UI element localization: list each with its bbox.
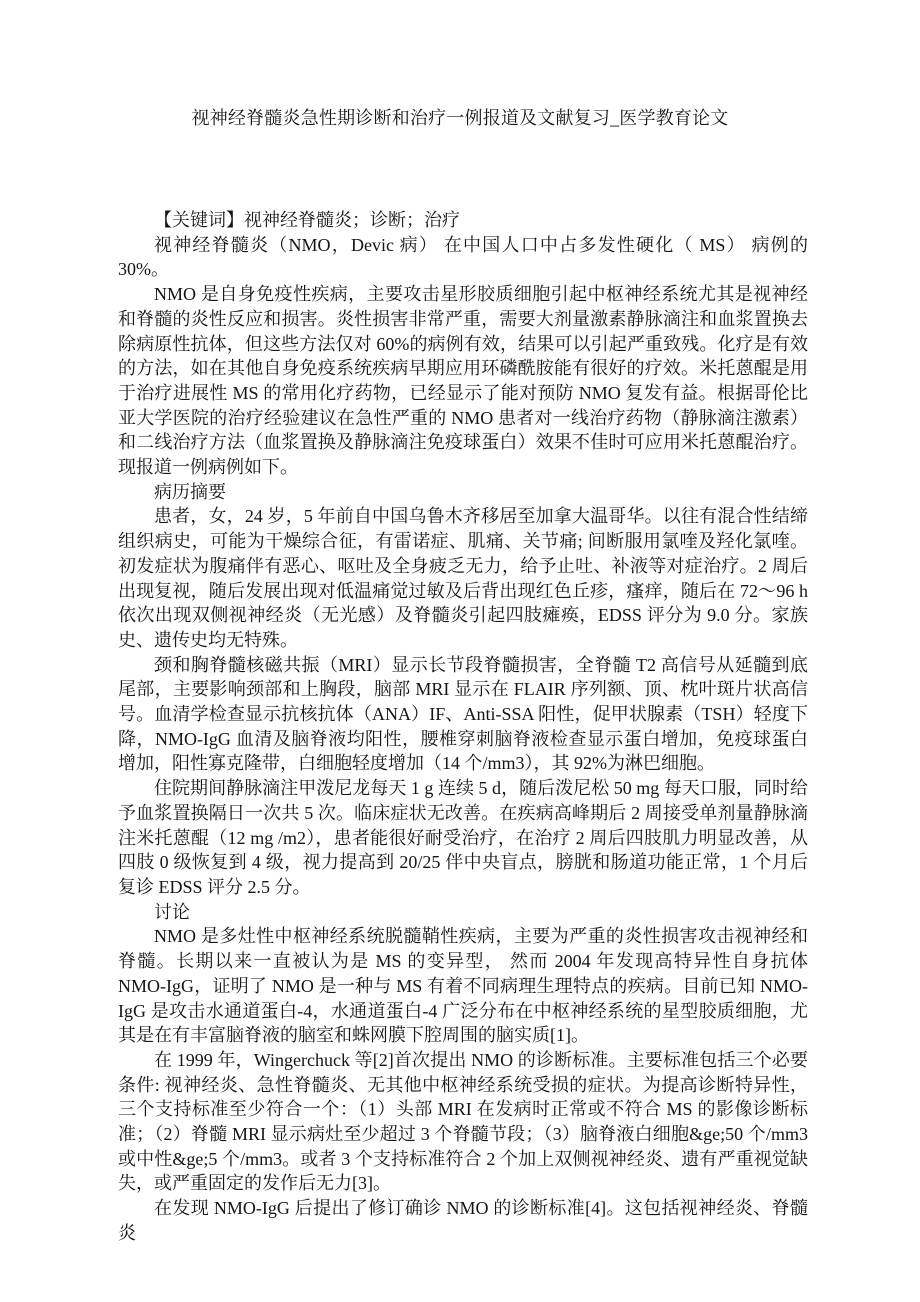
paragraph-discussion-1: NMO 是多灶性中枢神经系统脱髓鞘性疾病，主要为严重的炎性损害攻击视神经和脊髓。… xyxy=(118,924,808,1048)
paragraph-intro: 视神经脊髓炎（NMO，Devic 病） 在中国人口中占多发性硬化（ MS） 病例… xyxy=(118,233,808,282)
section-heading-discussion: 讨论 xyxy=(118,900,808,925)
paragraph-discussion-3: 在发现 NMO-IgG 后提出了修订确诊 NMO 的诊断标准[4]。这包括视神经… xyxy=(118,1196,808,1245)
paragraph-treatment: 住院期间静脉滴注甲泼尼龙每天 1 g 连续 5 d，随后泼尼松 50 mg 每天… xyxy=(118,776,808,900)
paragraph-patient-history: 患者，女，24 岁，5 年前自中国乌鲁木齐移居至加拿大温哥华。以往有混合性结缔组… xyxy=(118,504,808,652)
document-page: 视神经脊髓炎急性期诊断和治疗一例报道及文献复习_医学教育论文 【关键词】视神经脊… xyxy=(0,0,920,1302)
paragraph-discussion-2: 在 1999 年，Wingerchuck 等[2]首次提出 NMO 的诊断标准。… xyxy=(118,1048,808,1196)
document-title: 视神经脊髓炎急性期诊断和治疗一例报道及文献复习_医学教育论文 xyxy=(0,0,920,132)
paragraph-mri-labs: 颈和胸脊髓核磁共振（MRI）显示长节段脊髓损害，全脊髓 T2 高信号从延髓到底尾… xyxy=(118,653,808,777)
document-body: 【关键词】视神经脊髓炎；诊断；治疗 视神经脊髓炎（NMO，Devic 病） 在中… xyxy=(118,208,808,1246)
section-heading-case-summary: 病历摘要 xyxy=(118,480,808,505)
paragraph-keywords: 【关键词】视神经脊髓炎；诊断；治疗 xyxy=(118,208,808,233)
paragraph-background: NMO 是自身免疫性疾病，主要攻击星形胶质细胞引起中枢神经系统尤其是视神经和脊髓… xyxy=(118,282,808,480)
